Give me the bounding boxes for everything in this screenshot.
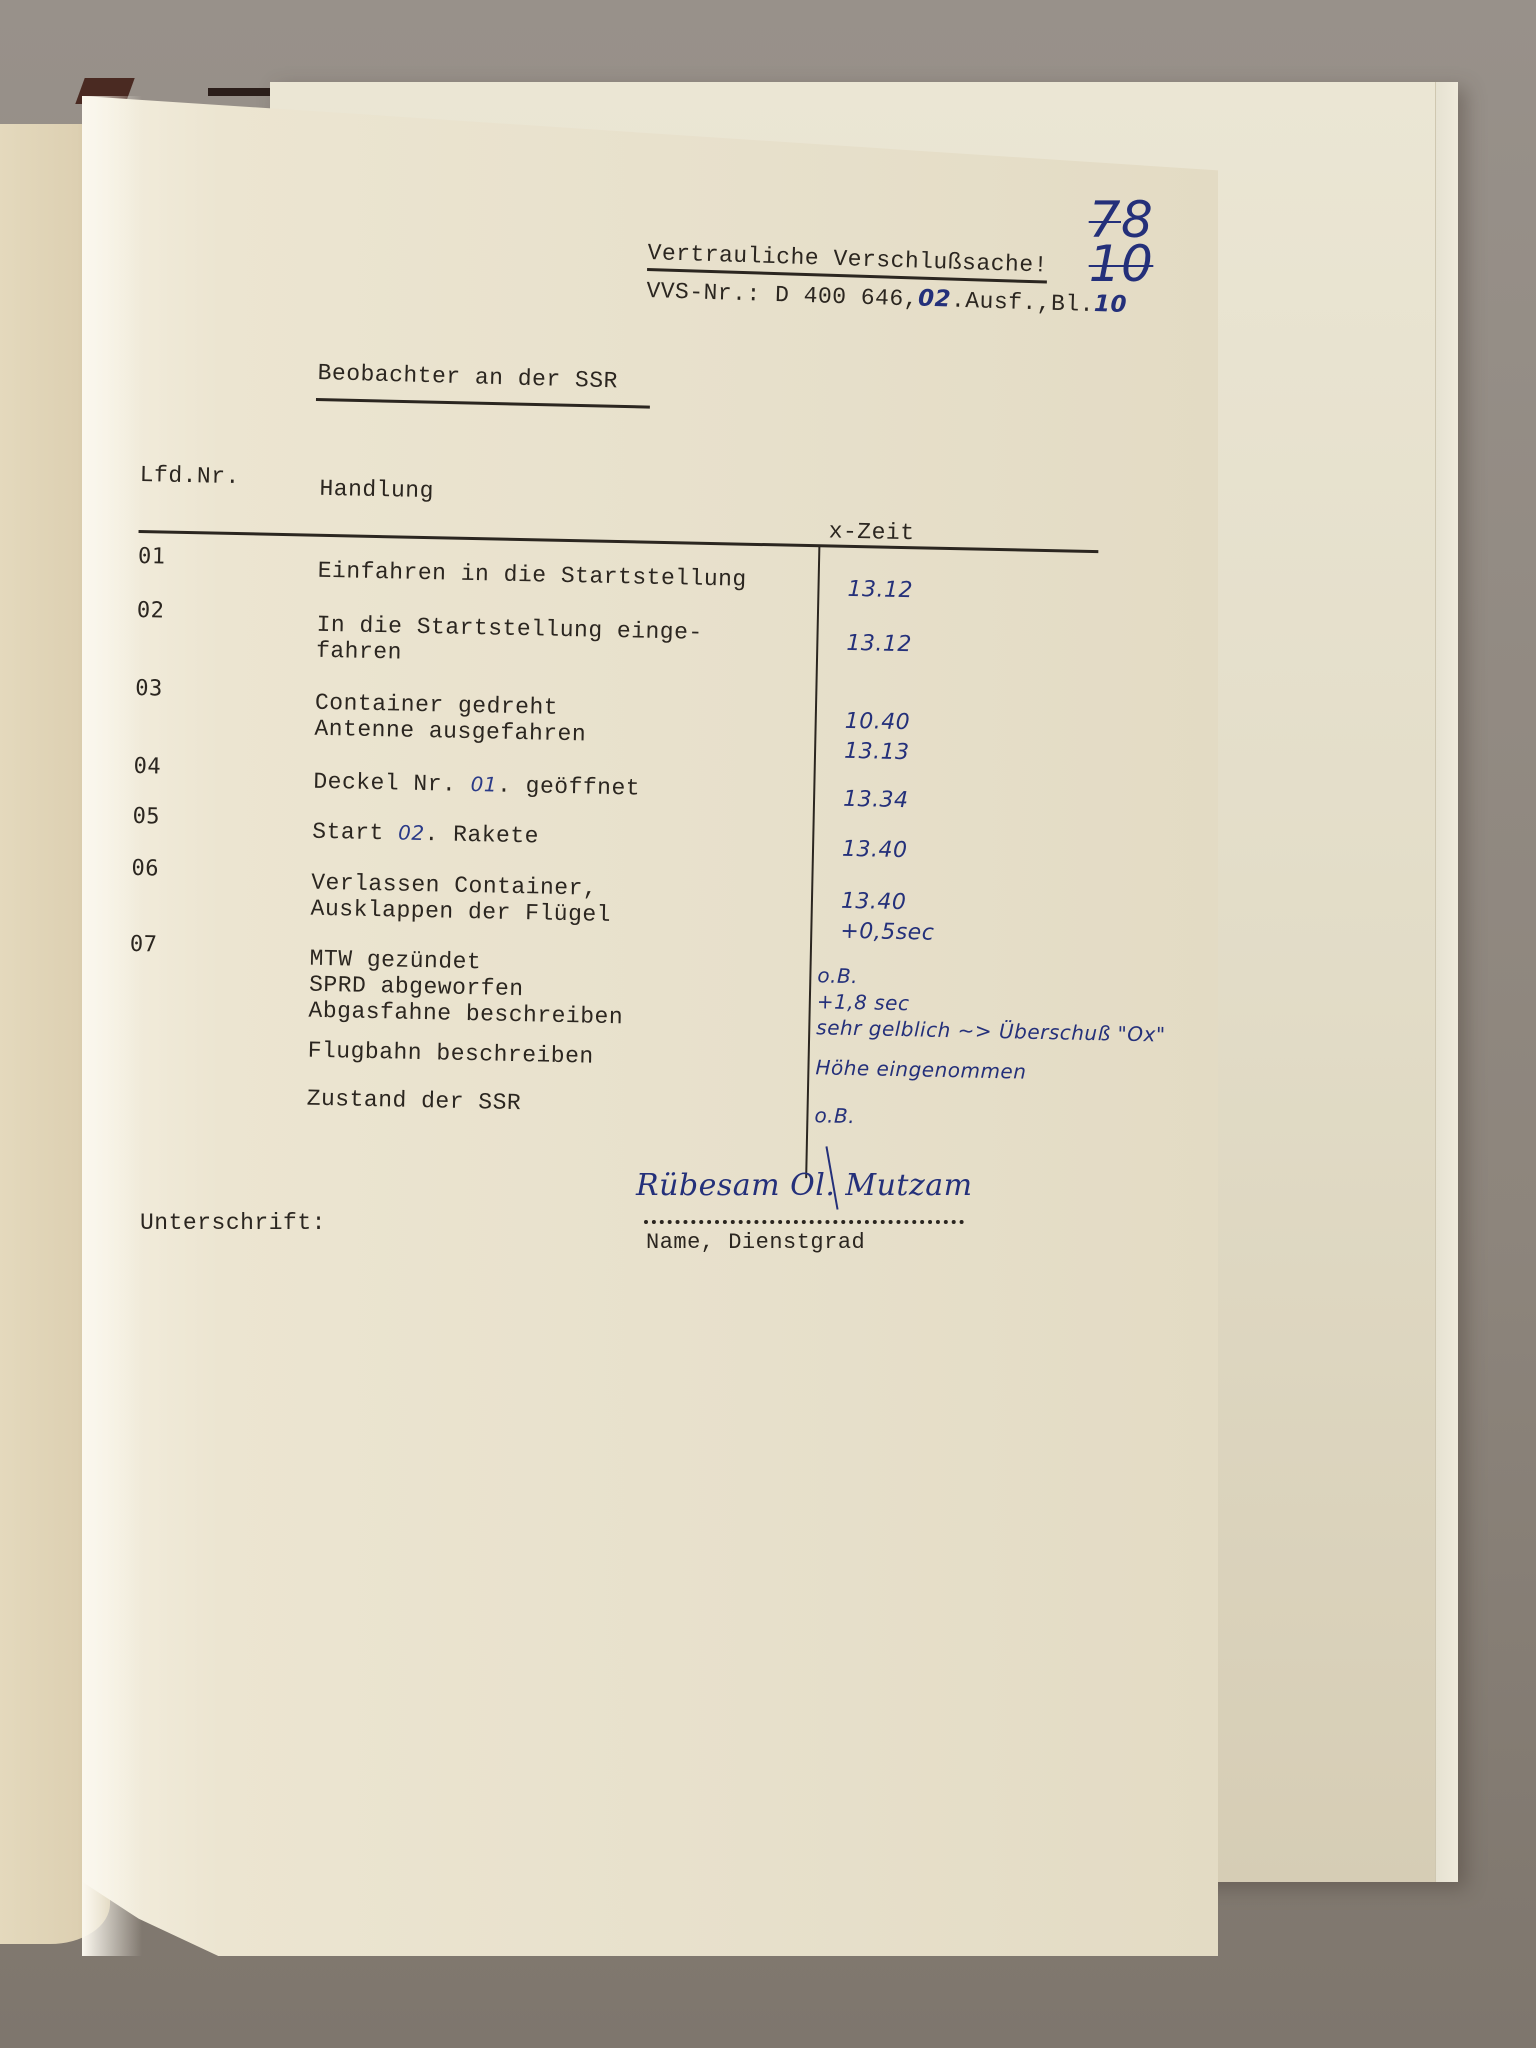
row-time: 13.40 xyxy=(842,835,908,866)
binder-clip xyxy=(208,88,270,96)
classification-label: Vertrauliche Verschlußsache! xyxy=(647,240,1048,284)
table-row: 05 Start 02. Rakete 13.40 xyxy=(133,804,1093,824)
observation-table: Lfd.Nr. Handlung x-Zeit 01 Einfahren in … xyxy=(140,462,1110,482)
vvs-prefix: VVS-Nr.: D 400 646, xyxy=(646,278,918,313)
row-time: 13.12 xyxy=(846,629,912,660)
handwritten-signature: Rübesam Ol. Mutzam xyxy=(636,1168,973,1203)
row-time: 10.40 13.13 xyxy=(844,707,911,768)
action-suffix: . geöffnet xyxy=(497,773,641,802)
signature-caption: Name, Dienstgrad xyxy=(646,1230,865,1255)
action-fill-handwritten: 02 xyxy=(398,820,425,845)
column-divider xyxy=(805,546,820,1178)
action-suffix: . Rakete xyxy=(424,821,539,849)
row-nr: 04 xyxy=(133,754,161,780)
signature-label: Unterschrift: xyxy=(140,1210,326,1236)
row-action: Verlassen Container, Ausklappen der Flüg… xyxy=(310,870,611,928)
vvs-copy-handwritten: 02 xyxy=(918,286,952,313)
table-row: 07 MTW gezündet SPRD abgeworfen Abgasfah… xyxy=(130,932,1090,952)
row-action: Container gedreht Antenne ausgefahren xyxy=(314,690,587,748)
header-time: x-Zeit xyxy=(828,518,914,546)
action-prefix: Deckel Nr. xyxy=(313,769,471,798)
vvs-dot: . xyxy=(951,288,966,314)
row-action: Start 02. Rakete xyxy=(312,818,539,850)
row-time: o.B. +1,8 sec sehr gelblich ~> Überschuß… xyxy=(816,962,1167,1047)
row-action: In die Startstellung einge- fahren xyxy=(316,612,703,672)
row-time: 13.40 +0,5sec xyxy=(840,887,935,949)
handwritten-page-number: 78 10 xyxy=(1086,198,1156,286)
page-number-lower: 10 xyxy=(1086,242,1156,286)
row-action: MTW gezündet SPRD abgeworfen Abgasfahne … xyxy=(308,946,624,1031)
row-action: Einfahren in die Startstellung xyxy=(317,558,747,593)
action-prefix: Start xyxy=(312,819,398,847)
row-time: Höhe eingenommen xyxy=(815,1054,1027,1084)
vvs-number: VVS-Nr.: D 400 646,02.Ausf.,Bl.10 xyxy=(646,277,1127,319)
underlying-sheet-edge xyxy=(1435,82,1458,1882)
row-time: 13.34 xyxy=(843,785,909,816)
row-action: Zustand der SSR xyxy=(306,1086,521,1116)
table-row: 03 Container gedreht Antenne ausgefahren… xyxy=(136,676,1096,696)
vvs-sheet-handwritten: 10 xyxy=(1094,291,1128,318)
header-action: Handlung xyxy=(319,476,434,504)
header-rule xyxy=(139,530,1099,553)
action-fill-handwritten: 01 xyxy=(470,772,497,797)
row-nr: 02 xyxy=(137,598,165,624)
row-nr: 07 xyxy=(130,932,158,958)
row-nr: 01 xyxy=(138,544,166,570)
title-underline xyxy=(316,398,650,409)
row-nr: 06 xyxy=(131,856,159,882)
table-row: 06 Verlassen Container, Ausklappen der F… xyxy=(132,856,1092,876)
signature-dotted-line xyxy=(644,1200,964,1224)
header-nr: Lfd.Nr. xyxy=(139,462,240,490)
row-nr: 05 xyxy=(132,804,160,830)
vvs-suffix: Ausf.,Bl. xyxy=(965,288,1094,318)
table-row: 02 In die Startstellung einge- fahren 13… xyxy=(137,598,1097,618)
form-title: Beobachter an der SSR xyxy=(317,360,618,394)
row-time: o.B. xyxy=(814,1102,855,1129)
table-row: 04 Deckel Nr. 01. geöffnet 13.34 xyxy=(134,754,1094,774)
photo-scene: Vertrauliche Verschlußsache! VVS-Nr.: D … xyxy=(0,0,1536,2048)
classification-header: Vertrauliche Verschlußsache! VVS-Nr.: D … xyxy=(646,240,1129,319)
row-nr: 03 xyxy=(135,676,163,702)
form-page: Vertrauliche Verschlußsache! VVS-Nr.: D … xyxy=(126,150,1216,1890)
row-time: 13.12 xyxy=(847,575,913,606)
row-action: Deckel Nr. 01. geöffnet xyxy=(313,768,640,802)
row-action: Flugbahn beschreiben xyxy=(307,1038,594,1070)
